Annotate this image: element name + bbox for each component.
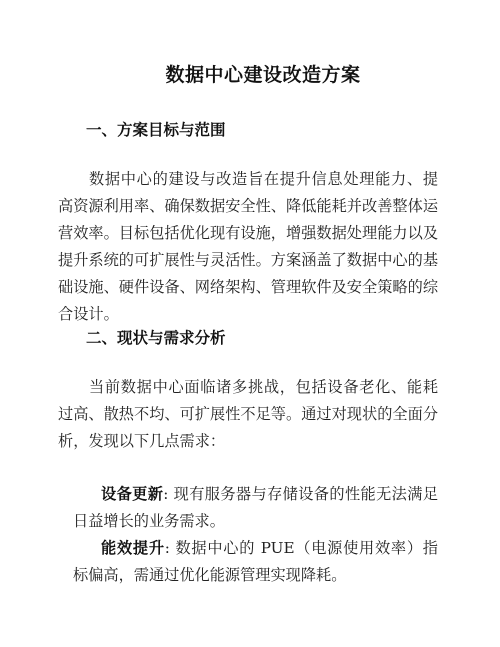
need-item-equipment-update: 设备更新: 现有服务器与存储设备的性能无法满足日益增长的业务需求。 [73,481,438,535]
section-heading-goals-scope: 一、方案目标与范围 [86,119,226,141]
need-separator: : [165,539,176,557]
need-term: 能效提升 [101,539,165,557]
document-page: 数据中心建设改造方案 一、方案目标与范围 数据中心的建设与改造旨在提升信息处理能… [0,0,500,647]
need-item-efficiency-improvement: 能效提升: 数据中心的 PUE（电源使用效率）指标偏高，需通过优化能源管理实现降… [73,535,438,589]
need-separator: : [163,485,173,503]
paragraph-goals-scope: 数据中心的建设与改造旨在提升信息处理能力、提高资源利用率、确保数据安全性、降低能… [58,166,438,328]
paragraph-status-analysis: 当前数据中心面临诸多挑战，包括设备老化、能耗过高、散热不均、可扩展性不足等。通过… [58,374,438,455]
need-term: 设备更新 [101,485,163,503]
section-heading-status-needs: 二、现状与需求分析 [86,327,226,349]
document-title: 数据中心建设改造方案 [26,61,500,89]
